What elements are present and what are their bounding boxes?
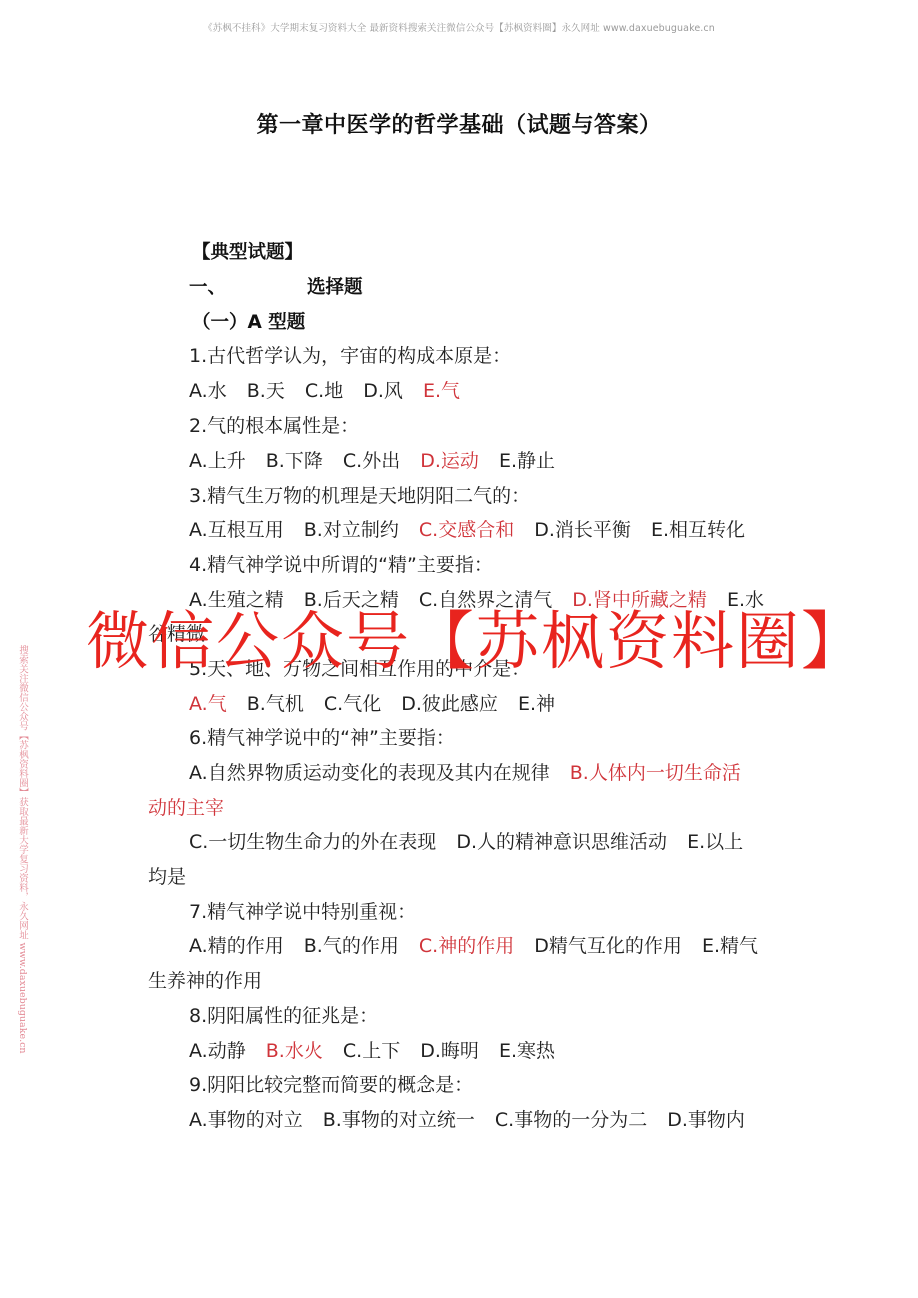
option: D精气互化的作用 (534, 935, 682, 957)
section-heading: 【典型试题】 (192, 238, 303, 264)
option: D.事物内 (667, 1109, 745, 1131)
question-options: A.水 B.天 C.地 D.风 E.气 (189, 378, 460, 404)
question-stem: 8.阴阳属性的征兆是： (189, 1003, 378, 1029)
option-continuation: 生养神的作用 (148, 968, 262, 994)
option: D.风 (363, 380, 403, 402)
correct-option: D.运动 (420, 450, 479, 472)
question-options: A.上升 B.下降 C.外出 D.运动 E.静止 (189, 448, 555, 474)
question-stem: 7.精气神学说中特别重视： (189, 899, 416, 925)
question-stem: 6.精气神学说中的“神”主要指： (189, 725, 455, 751)
question-stem: 2.气的根本属性是： (189, 413, 359, 439)
correct-option: B.人体内一切生命活 (570, 762, 741, 784)
option: A.生殖之精 (189, 589, 284, 611)
question-stem: 5.天、地、万物之间相互作用的中介是： (189, 656, 530, 682)
question-stem: 3.精气生万物的机理是天地阴阳二气的： (189, 483, 530, 509)
option: C.地 (305, 380, 343, 402)
option: B.下降 (266, 450, 323, 472)
page-header-note: 《苏枫不挂科》大学期末复习资料大全 最新资料搜索关注微信公众号【苏枫资料圈】永久… (0, 20, 918, 34)
option: D.晦明 (420, 1040, 479, 1062)
option: E.相互转化 (651, 519, 745, 541)
correct-option: D.肾中所藏之精 (572, 589, 707, 611)
question-stem: 4.精气神学说中所谓的“精”主要指： (189, 552, 493, 578)
correct-option-continuation: 动的主宰 (148, 795, 224, 821)
question-options: A.自然界物质运动变化的表现及其内在规律 B.人体内一切生命活 (189, 760, 741, 786)
option: A.水 (189, 380, 227, 402)
question-stem: 9.阴阳比较完整而简要的概念是： (189, 1072, 473, 1098)
question-options: A.动静 B.水火 C.上下 D.晦明 E.寒热 (189, 1038, 555, 1064)
correct-option: C.神的作用 (419, 935, 514, 957)
question-options: A.气 B.气机 C.气化 D.彼此感应 E.神 (189, 691, 555, 717)
question-options: C.一切生物生命力的外在表现 D.人的精神意识思维活动 E.以上 (189, 829, 743, 855)
side-margin-note: 搜索关注微信公众号【苏枫资料圈】获取最新大学复习资料，永久网址 www.daxu… (14, 645, 28, 1054)
subsection-heading: （一）A 型题 (192, 308, 305, 334)
option: A.上升 (189, 450, 246, 472)
correct-option: A.气 (189, 693, 227, 715)
option: D.消长平衡 (534, 519, 631, 541)
option: B.对立制约 (304, 519, 399, 541)
question-options: A.互根互用 B.对立制约 C.交感合和 D.消长平衡 E.相互转化 (189, 517, 745, 543)
option: B.气的作用 (304, 935, 399, 957)
option: D.彼此感应 (401, 693, 498, 715)
correct-option: B.水火 (266, 1040, 323, 1062)
option: E.静止 (499, 450, 555, 472)
option-continuation: 谷精微 (148, 621, 205, 647)
option: C.一切生物生命力的外在表现 (189, 831, 436, 853)
option: A.动静 (189, 1040, 246, 1062)
option: A.自然界物质运动变化的表现及其内在规律 (189, 762, 550, 784)
option: C.气化 (324, 693, 381, 715)
option: E.寒热 (499, 1040, 555, 1062)
part-number: 一、 (189, 273, 226, 299)
option-continuation: 均是 (148, 864, 186, 890)
option: C.事物的一分为二 (495, 1109, 647, 1131)
option: B.气机 (247, 693, 304, 715)
option: B.事物的对立统一 (323, 1109, 475, 1131)
question-options: A.精的作用 B.气的作用 C.神的作用 D精气互化的作用 E.精气 (189, 933, 758, 959)
correct-option: C.交感合和 (419, 519, 514, 541)
question-options: A.生殖之精 B.后天之精 C.自然界之清气 D.肾中所藏之精 E.水 (189, 587, 764, 613)
option: C.自然界之清气 (419, 589, 552, 611)
option: A.精的作用 (189, 935, 284, 957)
option: D.人的精神意识思维活动 (456, 831, 667, 853)
option: C.外出 (343, 450, 400, 472)
option: B.后天之精 (304, 589, 399, 611)
correct-option: E.气 (423, 380, 460, 402)
document-title: 第一章中医学的哲学基础（试题与答案） (0, 108, 918, 139)
option: A.互根互用 (189, 519, 284, 541)
question-stem: 1.古代哲学认为，宇宙的构成本原是： (189, 343, 511, 369)
option: A.事物的对立 (189, 1109, 303, 1131)
option: E.神 (518, 693, 555, 715)
option: E.以上 (687, 831, 743, 853)
option: C.上下 (343, 1040, 400, 1062)
part-label: 选择题 (307, 273, 363, 299)
option: E.精气 (702, 935, 758, 957)
question-options: A.事物的对立 B.事物的对立统一 C.事物的一分为二 D.事物内 (189, 1107, 745, 1133)
option: B.天 (247, 380, 285, 402)
option: E.水 (727, 589, 764, 611)
